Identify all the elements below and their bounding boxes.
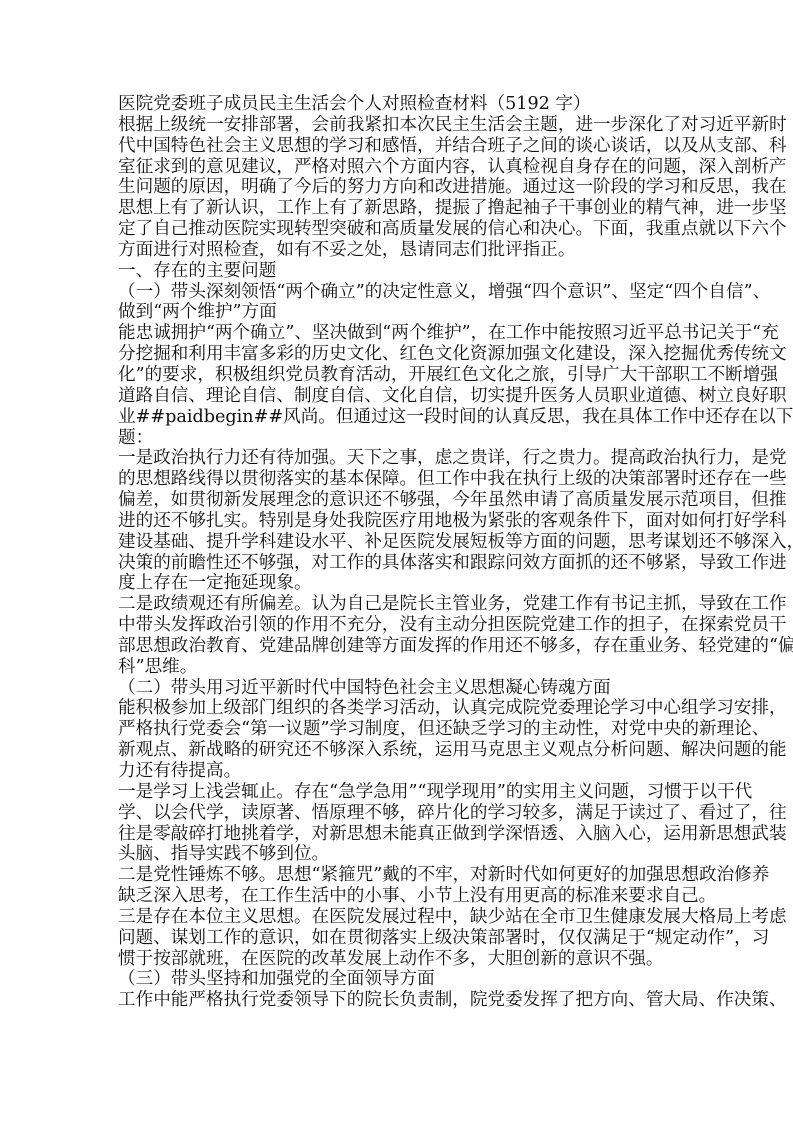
text-line: 思想上有了新认识，工作上有了新思路，提振了撸起袖子干事创业的精气神，进一步坚: [118, 198, 688, 219]
paragraph: 能忠诚拥护“两个确立”、坚决做到“两个维护”，在工作中能按照习近平总书记关于“充…: [118, 323, 688, 448]
text-line: 三是存在本位主义思想。在医院发展过程中，缺少站在全市卫生健康发展大格局上考虑: [118, 907, 688, 928]
text-line: 工作中能严格执行党委领导下的院长负责制，院党委发挥了把方向、管大局、作决策、: [118, 990, 688, 1011]
text-line: 缺乏深入思考，在工作生活中的小事、小节上没有用更高的标准来要求自己。: [118, 886, 688, 907]
text-line: 定了自己推动医院实现转型突破和高质量发展的信心和决心。下面，我重点就以下六个: [118, 219, 688, 240]
text-line: 进的还不够扎实。特别是身处我院医疗用地极为紧张的客观条件下，面对如何打好学科: [118, 511, 688, 532]
text-line: 生问题的原因，明确了今后的努力方向和改进措施。通过这一阶段的学习和反思，我在: [118, 177, 688, 198]
text-line: 一是政治执行力还有待加强。天下之事，虑之贵详，行之贵力。提高政治执行力，是党: [118, 448, 688, 469]
text-line: （二）带头用习近平新时代中国特色社会主义思想凝心铸魂方面: [118, 678, 688, 699]
text-line: 题：: [118, 428, 688, 449]
text-line: 往是零敲碎打地挑着学，对新思想未能真正做到学深悟透、入脑入心，运用新思想武装: [118, 824, 688, 845]
text-line: 部思想政治教育、党建品牌创建等方面发挥的作用还不够多，存在重业务、轻党建的“偏: [118, 636, 688, 657]
text-line: 问题、谋划工作的意识，如在贯彻落实上级决策部署时，仅仅满足于“规定动作”，习: [118, 928, 688, 949]
text-line: 度上存在一定拖延现象。: [118, 573, 688, 594]
paragraph: 一是学习上浅尝辄止。存在“急学急用”“现学现用”的实用主义问题，习惯于以干代学、…: [118, 782, 688, 865]
text-line: 一是学习上浅尝辄止。存在“急学急用”“现学现用”的实用主义问题，习惯于以干代: [118, 782, 688, 803]
text-line: 力还有待提高。: [118, 761, 688, 782]
text-line: （一）带头深刻领悟“两个确立”的决定性意义，增强“四个意识”、坚定“四个自信”、: [118, 282, 688, 303]
text-line: 学、以会代学，读原著、悟原理不够，碎片化的学习较多，满足于读过了、看过了，往: [118, 803, 688, 824]
text-line: 一、存在的主要问题: [118, 261, 688, 282]
text-line: 中带头发挥政治引领的作用不充分，没有主动分担医院党建工作的担子，在探索党员干: [118, 615, 688, 636]
document-body: 根据上级统一安排部署，会前我紧扣本次民主生活会主题，进一步深化了对习近平新时代中…: [118, 115, 688, 1011]
text-line: 能忠诚拥护“两个确立”、坚决做到“两个维护”，在工作中能按照习近平总书记关于“充: [118, 323, 688, 344]
section-heading: 一、存在的主要问题: [118, 261, 688, 282]
paragraph: 二是党性锤炼不够。思想“紧箍咒”戴的不牢，对新时代如何更好的加强思想政治修养缺乏…: [118, 865, 688, 907]
text-line: 决策的前瞻性还不够强，对工作的具体落实和跟踪问效方面抓的还不够紧，导致工作进: [118, 553, 688, 574]
paragraph: 三是存在本位主义思想。在医院发展过程中，缺少站在全市卫生健康发展大格局上考虑问题…: [118, 907, 688, 970]
text-line: 做到“两个维护”方面: [118, 302, 688, 323]
paragraph: 一是政治执行力还有待加强。天下之事，虑之贵详，行之贵力。提高政治执行力，是党的思…: [118, 448, 688, 594]
text-line: 二是党性锤炼不够。思想“紧箍咒”戴的不牢，对新时代如何更好的加强思想政治修养: [118, 865, 688, 886]
text-line: 方面进行对照检查，如有不妥之处，恳请同志们批评指正。: [118, 240, 688, 261]
section-heading: （一）带头深刻领悟“两个确立”的决定性意义，增强“四个意识”、坚定“四个自信”、…: [118, 282, 688, 324]
document-page: 医院党委班子成员民主生活会个人对照检查材料（5192 字） 根据上级统一安排部署…: [118, 94, 688, 1011]
document-title: 医院党委班子成员民主生活会个人对照检查材料（5192 字）: [118, 94, 688, 115]
text-line: 偏差，如贯彻新发展理念的意识还不够强，今年虽然申请了高质量发展示范项目，但推: [118, 490, 688, 511]
paragraph: 能积极参加上级部门组织的各类学习活动，认真完成院党委理论学习中心组学习安排，严格…: [118, 698, 688, 781]
text-line: 严格执行党委会“第一议题”学习制度，但还缺乏学习的主动性，对党中央的新理论、: [118, 719, 688, 740]
section-heading: （三）带头坚持和加强党的全面领导方面: [118, 969, 688, 990]
text-line: 分挖掘和利用丰富多彩的历史文化、红色文化资源加强文化建设，深入挖掘优秀传统文: [118, 344, 688, 365]
text-line: 新观点、新战略的研究还不够深入系统，运用马克思主义观点分析问题、解决问题的能: [118, 740, 688, 761]
text-line: 代中国特色社会主义思想的学习和感悟，并结合班子之间的谈心谈话，以及从支部、科: [118, 136, 688, 157]
section-heading: （二）带头用习近平新时代中国特色社会主义思想凝心铸魂方面: [118, 678, 688, 699]
text-line: 二是政绩观还有所偏差。认为自己是院长主管业务，党建工作有书记主抓，导致在工作: [118, 594, 688, 615]
text-line: 建设基础、提升学科建设水平、补足医院发展短板等方面的问题，思考谋划还不够深入，: [118, 532, 688, 553]
text-line: 科”思维。: [118, 657, 688, 678]
text-line: 惯于按部就班，在医院的改革发展上动作不多，大胆创新的意识不强。: [118, 949, 688, 970]
text-line: 的思想路线得以贯彻落实的基本保障。但工作中我在执行上级的决策部署时还存在一些: [118, 469, 688, 490]
text-line: 根据上级统一安排部署，会前我紧扣本次民主生活会主题，进一步深化了对习近平新时: [118, 115, 688, 136]
title-line: 医院党委班子成员民主生活会个人对照检查材料（5192 字）: [118, 94, 688, 115]
paragraph: 工作中能严格执行党委领导下的院长负责制，院党委发挥了把方向、管大局、作决策、: [118, 990, 688, 1011]
text-line: （三）带头坚持和加强党的全面领导方面: [118, 969, 688, 990]
paragraph: 根据上级统一安排部署，会前我紧扣本次民主生活会主题，进一步深化了对习近平新时代中…: [118, 115, 688, 261]
text-line: 道路自信、理论自信、制度自信、文化自信，切实提升医务人员职业道德、树立良好职: [118, 386, 688, 407]
text-line: 化”的要求，积极组织党员教育活动，开展红色文化之旅，引导广大干部职工不断增强: [118, 365, 688, 386]
text-line: 业##paidbegin##风尚。但通过这一段时间的认真反思，我在具体工作中还存…: [118, 407, 688, 428]
paragraph: 二是政绩观还有所偏差。认为自己是院长主管业务，党建工作有书记主抓，导致在工作中带…: [118, 594, 688, 677]
text-line: 能积极参加上级部门组织的各类学习活动，认真完成院党委理论学习中心组学习安排，: [118, 698, 688, 719]
text-line: 头脑、指导实践不够到位。: [118, 844, 688, 865]
text-line: 室征求到的意见建议，严格对照六个方面内容，认真检视自身存在的问题，深入剖析产: [118, 157, 688, 178]
